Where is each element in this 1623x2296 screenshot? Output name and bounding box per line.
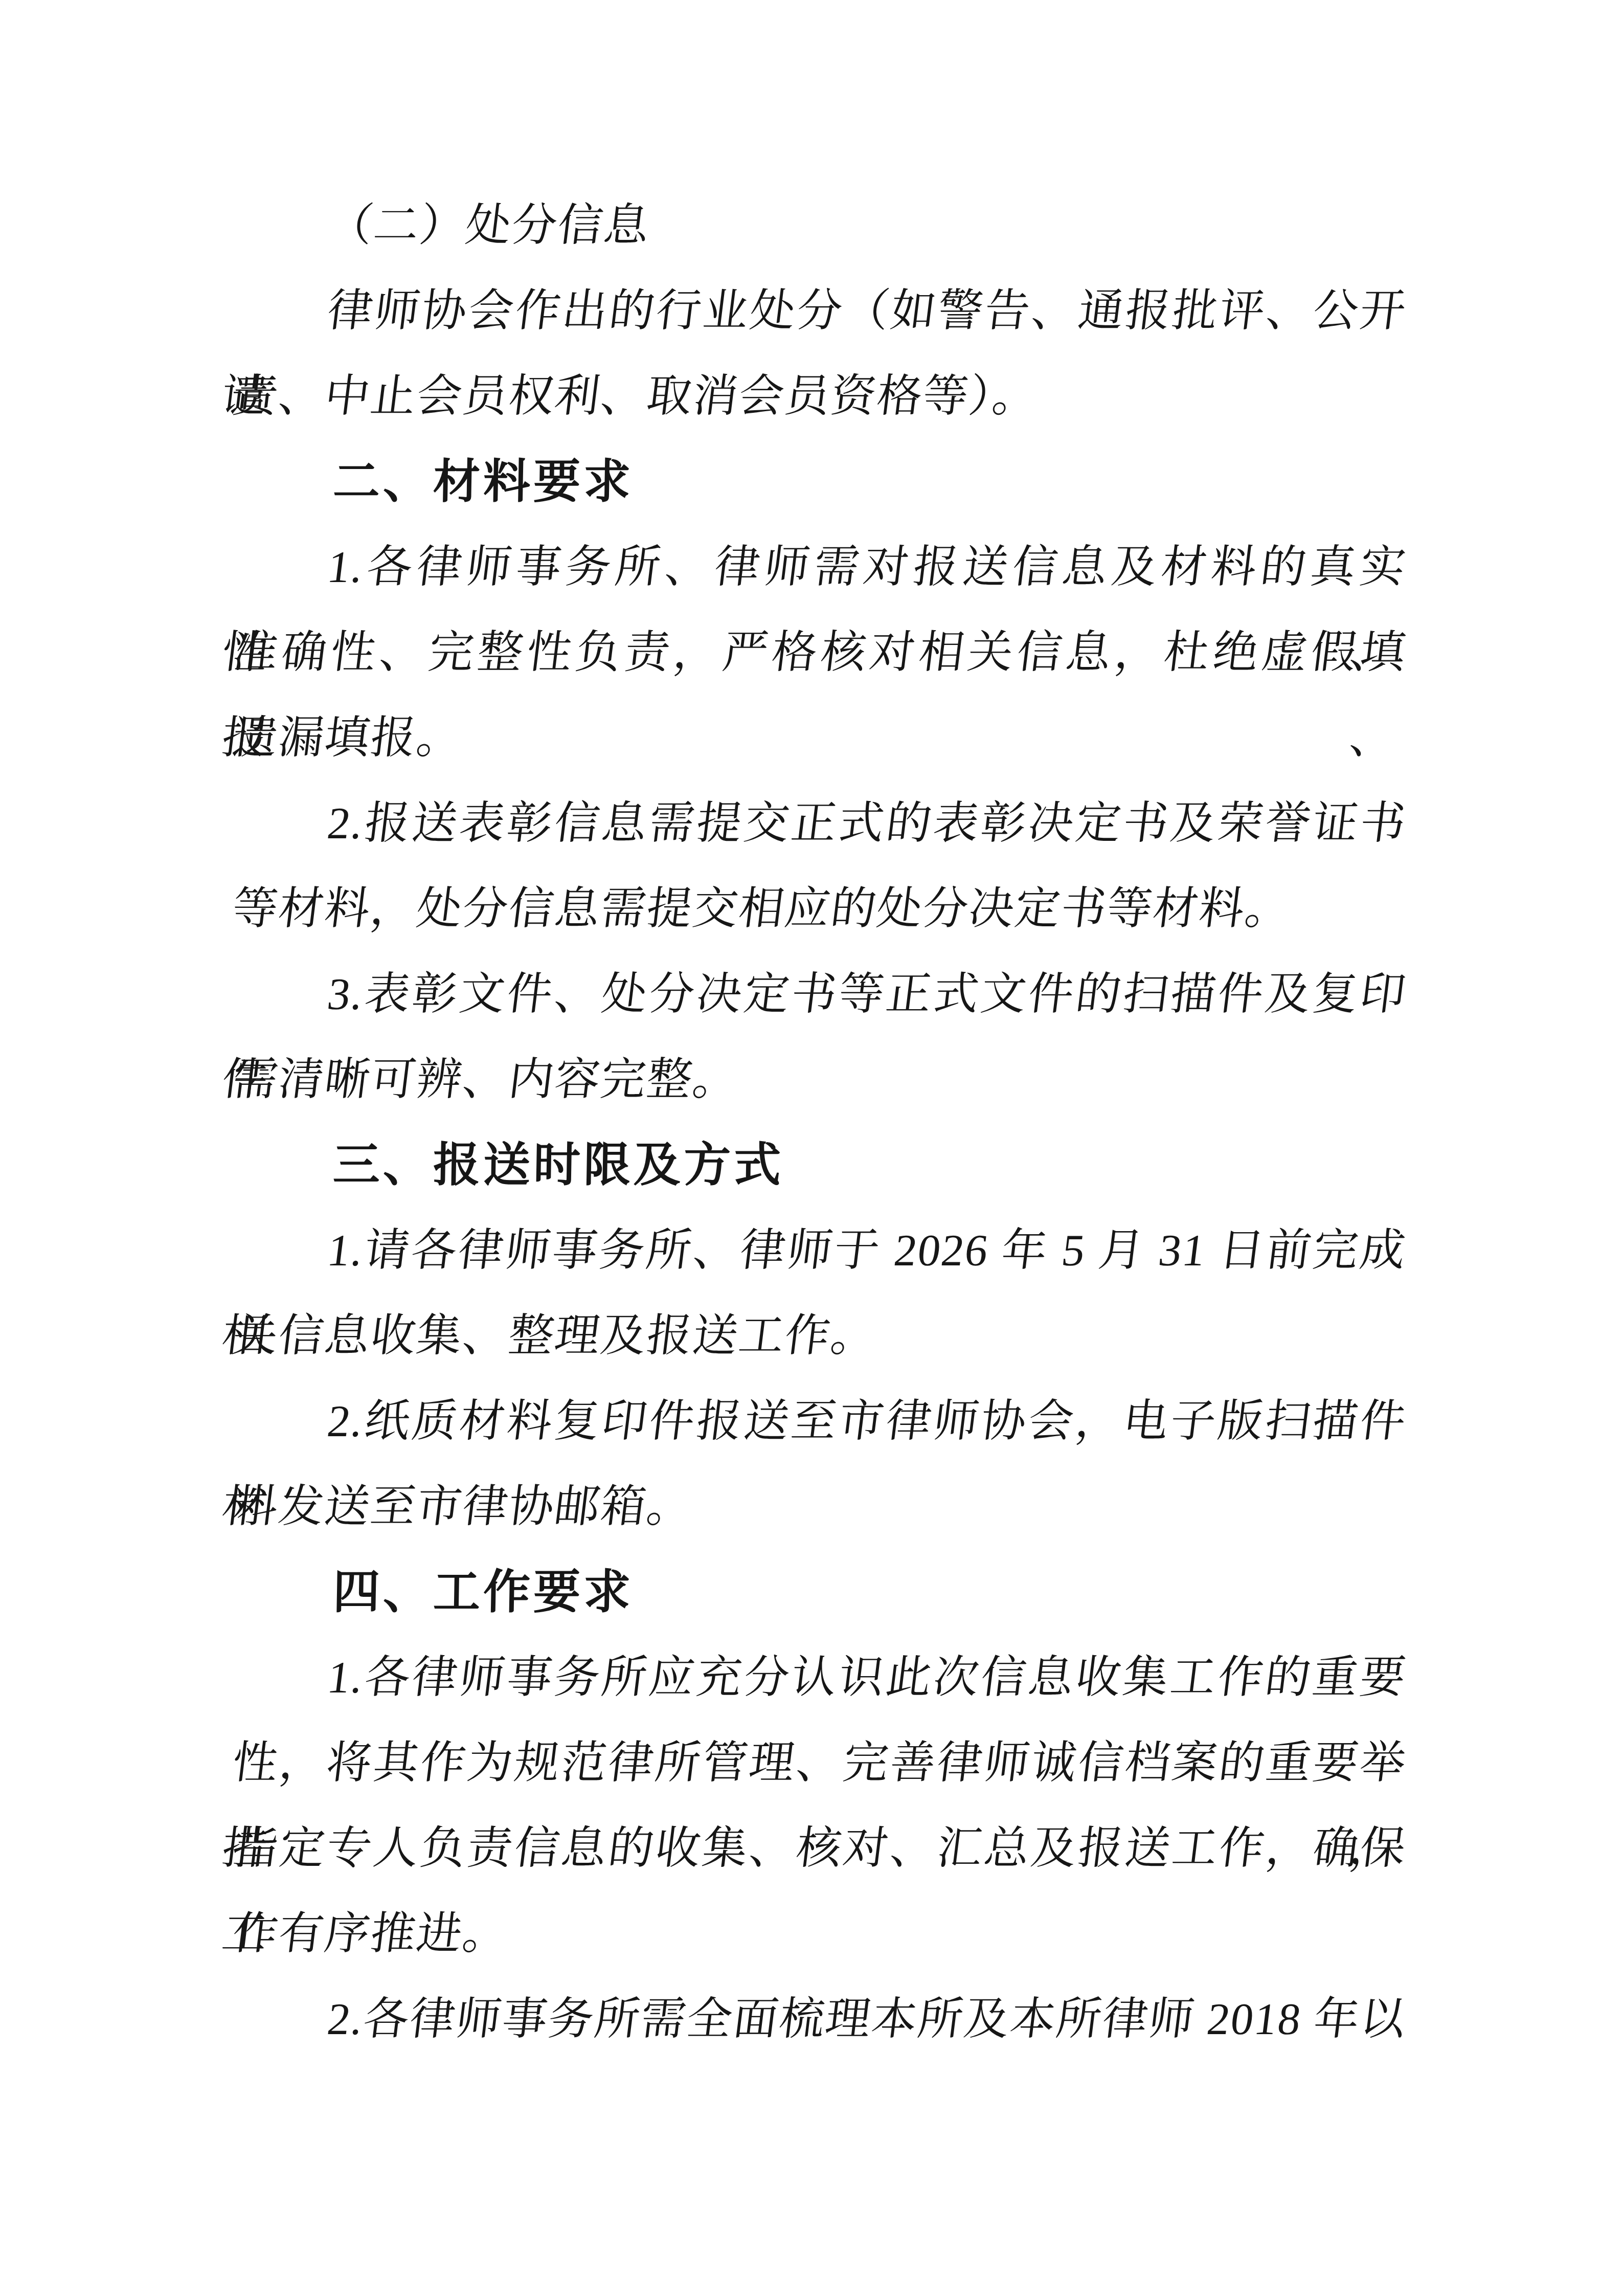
para-material-req-3-line-1: 3.表彰文件、处分决定书等正式文件的扫描件及复印件 [228,952,1412,1037]
para-deadline-2-line-1: 2.纸质材料复印件报送至市律师协会，电子版扫描件材 [228,1379,1412,1464]
para-material-req-1-line-1: 1.各律师事务所、律师需对报送信息及材料的真实性、 [228,525,1412,610]
para-material-req-2-line-2: 等材料，处分信息需提交相应的处分决定书等材料。 [228,866,1412,952]
subsection-heading-disciplinary-info: （二）处分信息 [228,183,1412,269]
section-heading-work-requirements: 四、工作要求 [232,1550,1407,1635]
para-work-req-2-line-1: 2.各律师事务所需全面梳理本所及本所律师 2018 年以 [228,1977,1412,2062]
para-material-req-2-line-1: 2.报送表彰信息需提交正式的表彰决定书及荣誉证书 [228,781,1412,866]
section-heading-material-requirements: 二、材料要求 [232,439,1407,525]
para-work-req-1-line-4: 作有序推进。 [228,1891,1412,1977]
para-work-req-1-line-1: 1.各律师事务所应充分认识此次信息收集工作的重要 [228,1635,1412,1721]
para-work-req-1-line-2: 性，将其作为规范律所管理、完善律师诚信档案的重要举措， [228,1721,1412,1806]
para-material-req-1-line-3: 遗漏填报。 [228,696,1412,781]
para-deadline-2-line-2: 料发送至市律协邮箱。 [228,1464,1412,1550]
para-deadline-1-line-2: 关信息收集、整理及报送工作。 [228,1294,1412,1379]
para-disciplinary-info-line-1: 律师协会作出的行业处分（如警告、通报批评、公开谴 [228,269,1412,354]
para-work-req-1-line-3: 指定专人负责信息的收集、核对、汇总及报送工作，确保工 [228,1806,1412,1891]
para-disciplinary-info-line-2: 责、中止会员权利、取消会员资格等）。 [228,354,1412,439]
para-material-req-1-line-2: 准确性、完整性负责，严格核对相关信息，杜绝虚假填报、 [228,610,1412,696]
section-heading-submission-deadline-method: 三、报送时限及方式 [232,1123,1407,1208]
para-deadline-1-line-1: 1.请各律师事务所、律师于 2026 年 5 月 31 日前完成相 [228,1208,1412,1294]
para-material-req-3-line-2: 需清晰可辨、内容完整。 [228,1037,1412,1123]
scanned-document-page: （二）处分信息 律师协会作出的行业处分（如警告、通报批评、公开谴 责、中止会员权… [0,0,1623,2296]
document-text-block: （二）处分信息 律师协会作出的行业处分（如警告、通报批评、公开谴 责、中止会员权… [233,183,1406,2062]
